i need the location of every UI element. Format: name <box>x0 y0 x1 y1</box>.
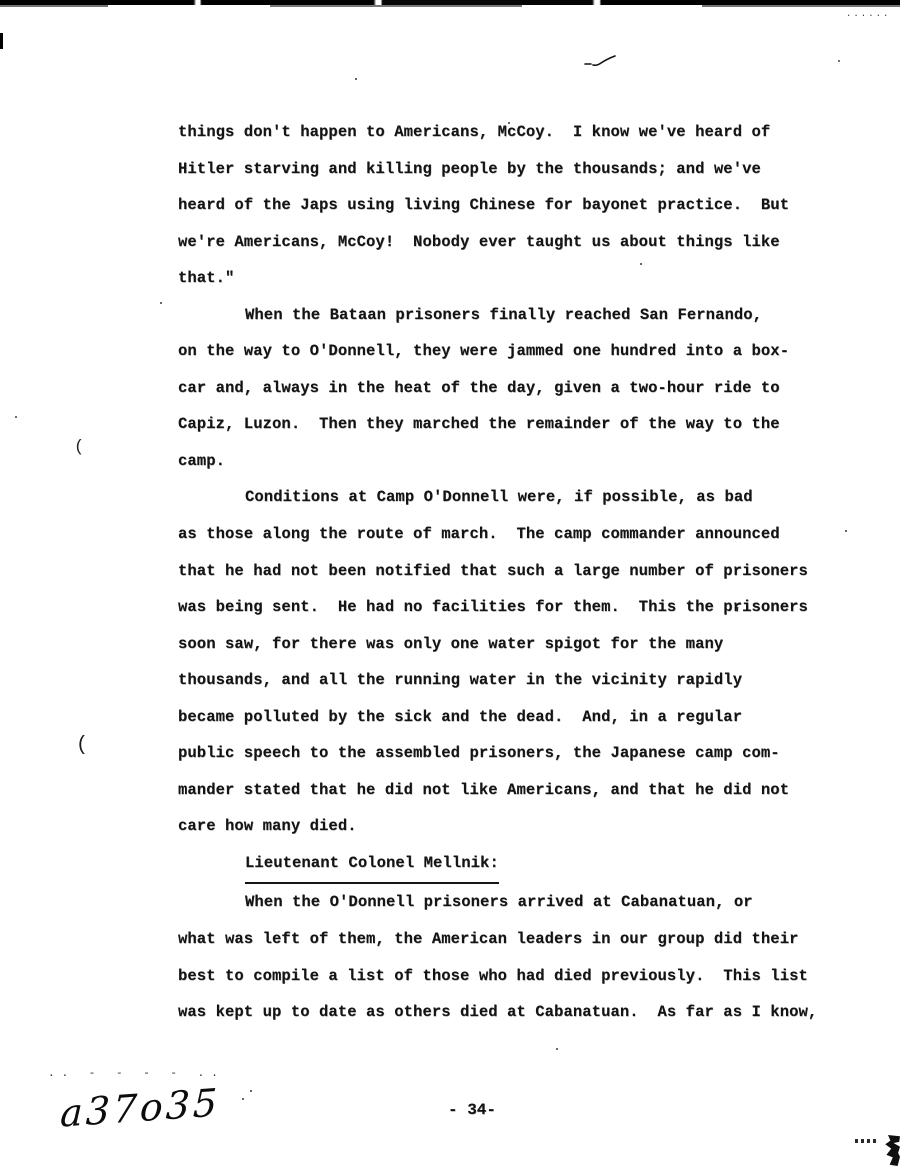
handwritten-archive-code: a37o35 <box>59 1080 220 1135</box>
margin-mark-lower: ( <box>76 734 88 757</box>
section-heading: Lieutenant Colonel Mellnik: <box>245 845 499 885</box>
typed-line-15: soon saw, for there was only one water s… <box>178 626 838 663</box>
typed-line-25: was kept up to date as others died at Ca… <box>178 994 838 1031</box>
typed-line-6: When the Bataan prisoners finally reache… <box>178 297 838 334</box>
typed-line-5: that." <box>178 260 838 297</box>
scan-noise-specks <box>355 78 357 80</box>
section-heading-line: Lieutenant Colonel Mellnik: <box>178 845 838 885</box>
handwritten-squiggle-mark <box>584 53 618 76</box>
typed-line-13: that he had not been notified that such … <box>178 553 838 590</box>
page-number: - 34- <box>448 1101 496 1119</box>
typed-line-20: care how many died. <box>178 808 838 845</box>
typed-line-10: camp. <box>178 443 838 480</box>
typed-line-12: as those along the route of march. The c… <box>178 516 838 553</box>
bottom-right-dash-artifact <box>855 1139 879 1143</box>
typed-line-17: became polluted by the sick and the dead… <box>178 699 838 736</box>
typed-line-16: thousands, and all the running water in … <box>178 662 838 699</box>
typed-line-19: mander stated that he did not like Ameri… <box>178 772 838 809</box>
scan-left-edge-artifact <box>0 33 3 49</box>
typed-line-3: heard of the Japs using living Chinese f… <box>178 187 838 224</box>
typed-line-8: car and, always in the heat of the day, … <box>178 370 838 407</box>
scan-top-edge-artifact-thin <box>0 5 900 7</box>
top-right-smudge-artifact: ...... <box>846 9 890 19</box>
typed-line-9: Capiz, Luzon. Then they marched the rema… <box>178 406 838 443</box>
stray-dash-row: .. - - - - .. <box>48 1068 225 1080</box>
margin-mark-upper: ( <box>74 438 84 457</box>
typed-text-block: things don't happen to Americans, McCoy.… <box>178 114 838 1031</box>
typed-line-2: Hitler starving and killing people by th… <box>178 151 838 188</box>
typed-line-24: best to compile a list of those who had … <box>178 958 838 995</box>
typed-line-4: we're Americans, McCoy! Nobody ever taug… <box>178 224 838 261</box>
typed-line-22: When the O'Donnell prisoners arrived at … <box>178 884 838 921</box>
typed-line-11: Conditions at Camp O'Donnell were, if po… <box>178 479 838 516</box>
stray-apostrophe-mark: ' <box>733 606 742 623</box>
typed-line-18: public speech to the assembled prisoners… <box>178 735 838 772</box>
typed-line-1: things don't happen to Americans, McCoy.… <box>178 114 838 151</box>
typed-line-23: what was left of them, the American lead… <box>178 921 838 958</box>
typed-line-7: on the way to O'Donnell, they were jamme… <box>178 333 838 370</box>
bottom-right-corner-artifact <box>884 1135 900 1166</box>
scanned-page: ...... things don't happen to Americans,… <box>0 0 900 1166</box>
